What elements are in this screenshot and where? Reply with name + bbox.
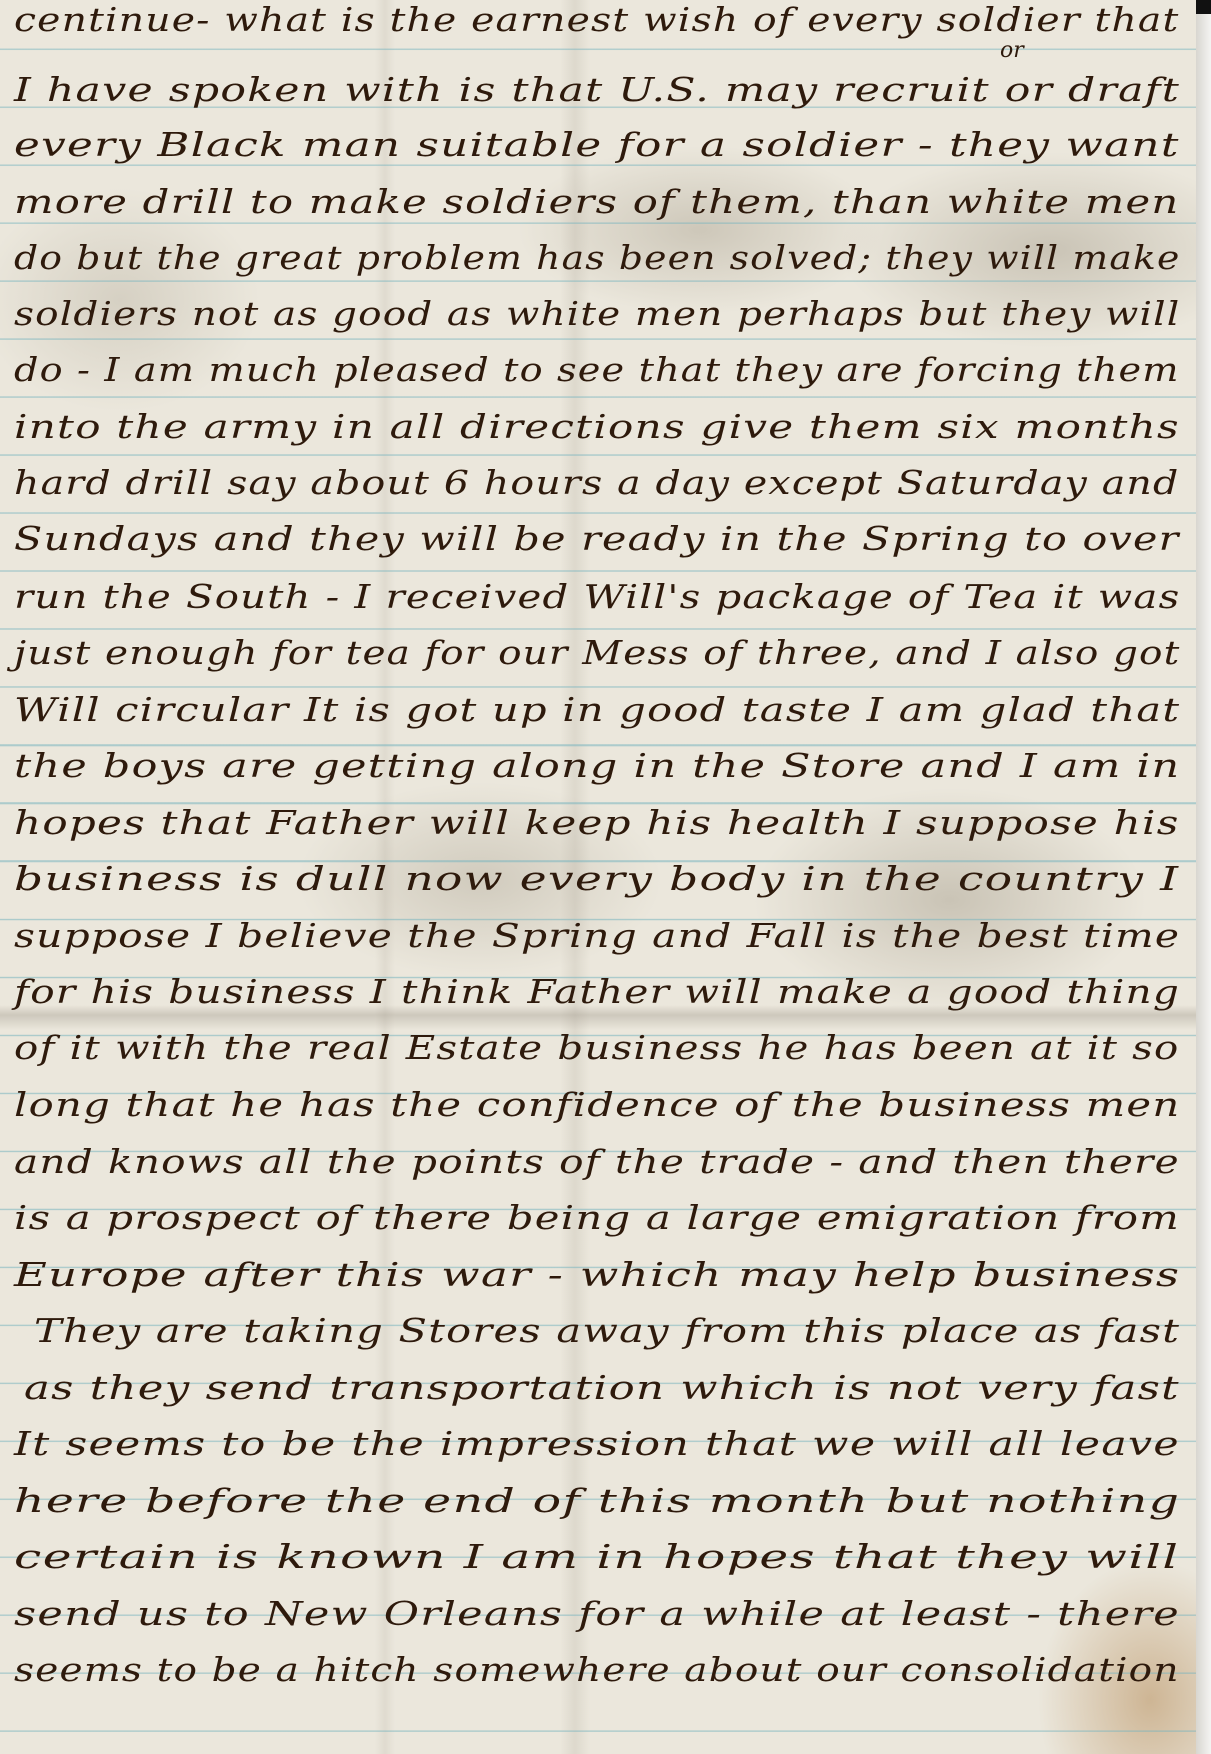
letter-line-13: Will circular It is got up in good taste… bbox=[14, 690, 1180, 729]
letter-line-9: hard drill say about 6 hours a day excep… bbox=[14, 463, 1179, 502]
scan-margin bbox=[1196, 14, 1211, 1754]
letter-line-29: send us to New Orleans for a while at le… bbox=[14, 1594, 1180, 1633]
letter-line-10: Sundays and they will be ready in the Sp… bbox=[14, 519, 1180, 558]
letter-line-21: and knows all the points of the trade - … bbox=[14, 1142, 1180, 1181]
letter-line-19: of it with the real Estate business he h… bbox=[14, 1028, 1179, 1067]
scan-dark-strip bbox=[1196, 0, 1211, 14]
letter-line-1: centinue- what is the earnest wish of ev… bbox=[14, 0, 1180, 39]
letter-line-24: They are taking Stores away from this pl… bbox=[34, 1311, 1180, 1350]
letter-line-17: suppose I believe the Spring and Fall is… bbox=[14, 916, 1180, 955]
letter-line-14: the boys are getting along in the Store … bbox=[14, 746, 1180, 785]
letter-line-28: certain is known I am in hopes that they… bbox=[14, 1537, 1179, 1576]
letter-line-26: It seems to be the impression that we wi… bbox=[14, 1424, 1180, 1463]
letter-line-6: soldiers not as good as white men perhap… bbox=[14, 294, 1180, 333]
letter-line-25: as they send transportation which is not… bbox=[24, 1368, 1180, 1407]
letter-line-15: hopes that Father will keep his health I… bbox=[14, 803, 1180, 842]
letter-line-30: seems to be a hitch somewhere about our … bbox=[14, 1650, 1180, 1689]
letter-line-20: long that he has the confidence of the b… bbox=[14, 1085, 1180, 1124]
letter-line-18: for his business I think Father will mak… bbox=[14, 972, 1180, 1011]
letter-line-5: do but the great problem has been solved… bbox=[14, 238, 1180, 277]
letter-line-27: here before the end of this month but no… bbox=[14, 1481, 1180, 1520]
letter-line-8: into the army in all directions give the… bbox=[14, 407, 1180, 446]
letter-line-16: business is dull now every body in the c… bbox=[14, 859, 1179, 898]
letter-line-2: I have spoken with is that U.S. may recr… bbox=[14, 70, 1180, 109]
letter-line-3: every Black man suitable for a soldier -… bbox=[14, 125, 1180, 164]
letter-line-12: just enough for tea for our Mess of thre… bbox=[14, 633, 1180, 672]
letter-line-7: do - I am much pleased to see that they … bbox=[14, 350, 1180, 389]
letter-line-22: is a prospect of there being a large emi… bbox=[14, 1198, 1180, 1237]
letter-line-11: run the South - I received Will's packag… bbox=[14, 577, 1180, 616]
letter-line-23: Europe after this war - which may help b… bbox=[14, 1255, 1180, 1294]
letter-line-4: more drill to make soldiers of them, tha… bbox=[14, 182, 1180, 221]
letter-body: or centinue- what is the earnest wish of… bbox=[0, 0, 1196, 1754]
insertion-mark: or bbox=[1000, 38, 1024, 63]
